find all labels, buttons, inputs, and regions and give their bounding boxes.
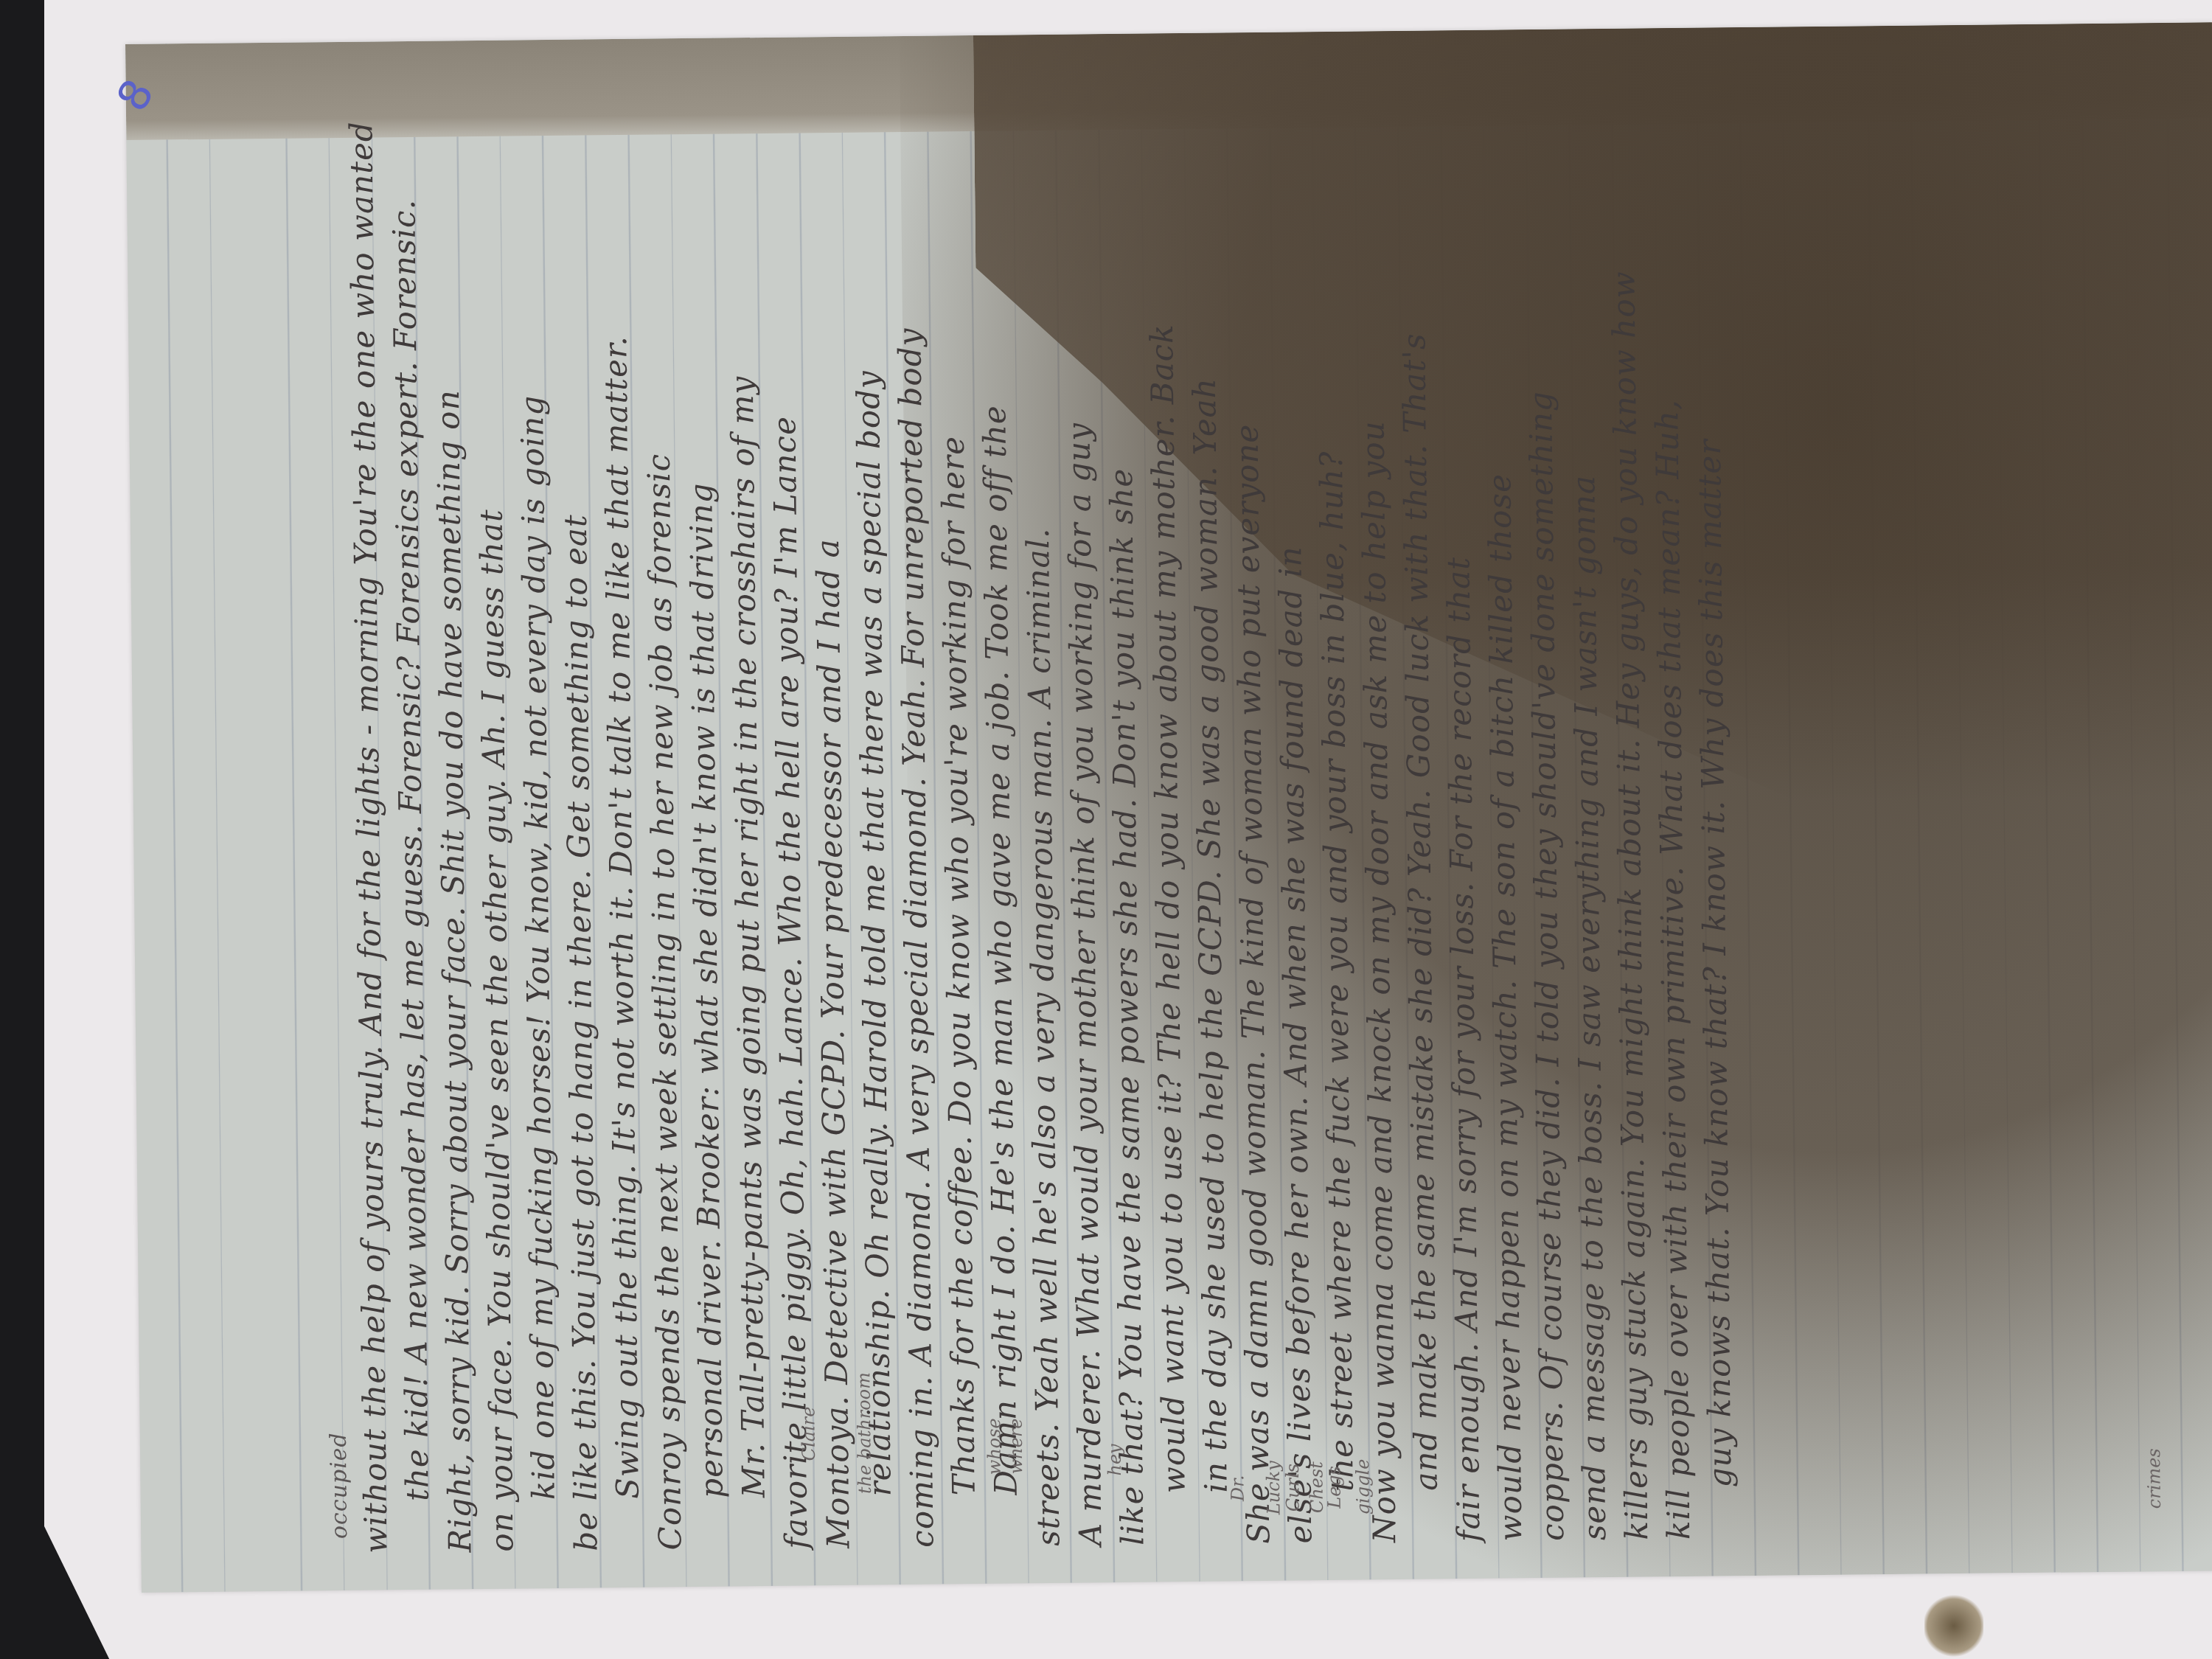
margin-note: crimes xyxy=(2143,1448,2165,1509)
margin-note: hey xyxy=(1105,1444,1125,1476)
margin-note: Curls xyxy=(1282,1464,1304,1512)
margin-note: Dr. xyxy=(1227,1475,1248,1501)
binder-edge xyxy=(1924,1593,1983,1659)
margin-note: where xyxy=(1006,1418,1027,1474)
margin-note: whose xyxy=(984,1418,1005,1475)
margin-note: Lucky xyxy=(1263,1461,1284,1514)
margin-note: Claire xyxy=(798,1406,819,1461)
handwritten-text-block: occupied without the help of yours truly… xyxy=(311,138,1742,1554)
notebook-page: occupied without the help of yours truly… xyxy=(125,22,2212,1593)
margin-note: the bathroom xyxy=(853,1372,875,1494)
margin-note: giggle xyxy=(1352,1459,1374,1515)
margin-note: Legs xyxy=(1324,1466,1345,1509)
